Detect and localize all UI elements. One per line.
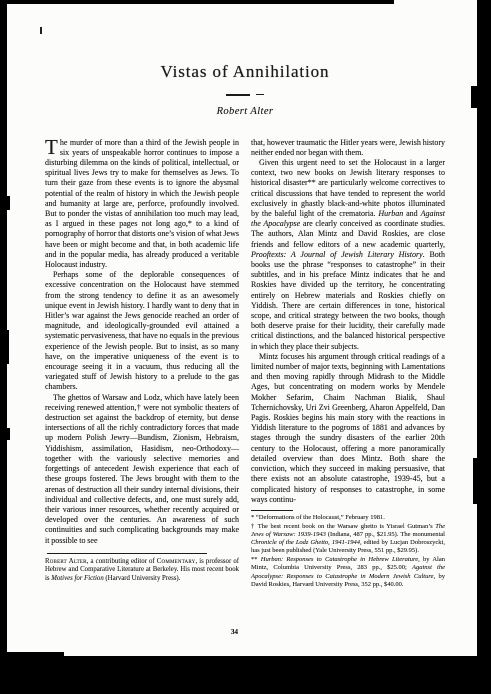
scan-border-bottom [0, 656, 491, 694]
scan-artifact [473, 458, 477, 504]
footnote-divider [251, 510, 293, 511]
scanned-page: Vistas of Annihilation Robert Alter The … [0, 0, 491, 694]
scan-border-right [477, 0, 491, 658]
paragraph: Perhaps some of the deplorable consequen… [45, 270, 239, 392]
scan-artifact [7, 428, 10, 440]
scan-border-top [0, 0, 394, 4]
footnote: * “Deformations of the Holocaust,” Febru… [251, 514, 445, 522]
author-byline: Robert Alter [45, 106, 445, 117]
right-column: that, however traumatic the Hitler years… [251, 138, 445, 590]
page-number: 34 [231, 628, 238, 636]
divider-dash-short [256, 94, 264, 95]
scan-artifact [471, 86, 477, 108]
two-column-body: The murder of more than a third of the J… [45, 138, 445, 590]
bio-divider [47, 553, 207, 554]
paragraph-opening: The murder of more than a third of the J… [45, 138, 239, 271]
drop-cap: T [45, 138, 60, 156]
paragraph-continuation: that, however traumatic the Hitler years… [251, 138, 445, 158]
divider-dash-long [226, 94, 250, 96]
title-divider [45, 94, 445, 96]
scan-border-left [0, 0, 7, 660]
scan-artifact [7, 330, 9, 364]
left-column: The murder of more than a third of the J… [45, 138, 239, 590]
author-bio: Robert Alter, a contributing editor of C… [45, 558, 239, 584]
paragraph: Given this urgent need to set the Holoca… [251, 158, 445, 352]
article-title: Vistas of Annihilation [45, 62, 445, 81]
article: Vistas of Annihilation Robert Alter The … [45, 62, 445, 590]
paragraph: Mintz focuses his argument through criti… [251, 352, 445, 505]
scan-artifact [7, 196, 10, 210]
footnote: † The best recent book on the Warsaw ghe… [251, 523, 445, 555]
article-header: Vistas of Annihilation Robert Alter [45, 62, 445, 117]
paragraph-text: he murder of more than a third of the Je… [45, 138, 239, 269]
scan-speck [40, 27, 42, 34]
paragraph: The ghettos of Warsaw and Lodz, which ha… [45, 393, 239, 546]
footnote: ** Hurban: Responses to Catastrophe in H… [251, 556, 445, 588]
